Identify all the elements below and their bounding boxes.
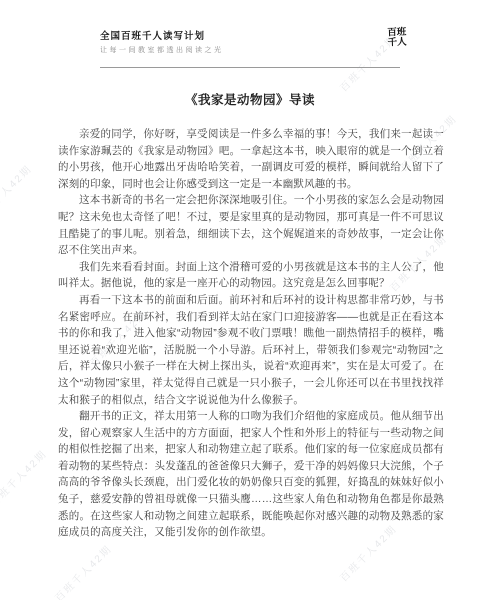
paragraph-2: 这本书新奇的书名一定会把你深深地吸引住。一个小男孩的家怎么会是动物园呢？这未免也… <box>58 192 444 258</box>
brand-seal-line2: 千人 <box>385 38 409 49</box>
watermark-text: 百班千人42期 <box>0 446 49 510</box>
brand-title: 全国百班千人读写计划 <box>100 28 400 42</box>
brand-seal-icon: 百班 千人 <box>385 28 410 49</box>
paragraph-1: 亲爱的同学，你好呀，享受阅读是一件多么幸福的事！今天，我们来一起读一读作家游珮芸… <box>58 126 444 192</box>
page-background: 百班千人42期 百班千人42期 百班千人42期 百班千人42期 百班千人42期 … <box>0 0 500 600</box>
header-divider <box>100 67 400 68</box>
watermark-text: 百班千人42期 <box>51 541 115 600</box>
document-title: 《我家是动物园》导读 <box>0 90 500 108</box>
paragraph-3: 我们先来看看封面。封面上这个滑稽可爱的小男孩就是这本书的主人公了，他叫祥太。据他… <box>58 259 444 292</box>
document-body: 亲爱的同学，你好呀，享受阅读是一件多么幸福的事！今天，我们来一起读一读作家游珮芸… <box>58 126 444 541</box>
watermark-text: 百班千人42期 <box>0 161 34 225</box>
paragraph-4: 再看一下这本书的前面和后面。前环衬和后环衬的设计构思都非常巧妙，与书名紧密呼应。… <box>58 292 444 408</box>
page-header: 全国百班千人读写计划 让每一间教室都透出阅读之光 百班 千人 <box>100 28 400 55</box>
brand-tagline: 让每一间教室都透出阅读之光 <box>100 45 400 55</box>
paragraph-5: 翻开书的正文，祥太用第一人称的口吻为我们介绍他的家庭成员。他从细节出发，留心观察… <box>58 408 444 541</box>
document-page: { "header": { "brand": "全国百班千人读写计划", "ta… <box>0 0 500 600</box>
